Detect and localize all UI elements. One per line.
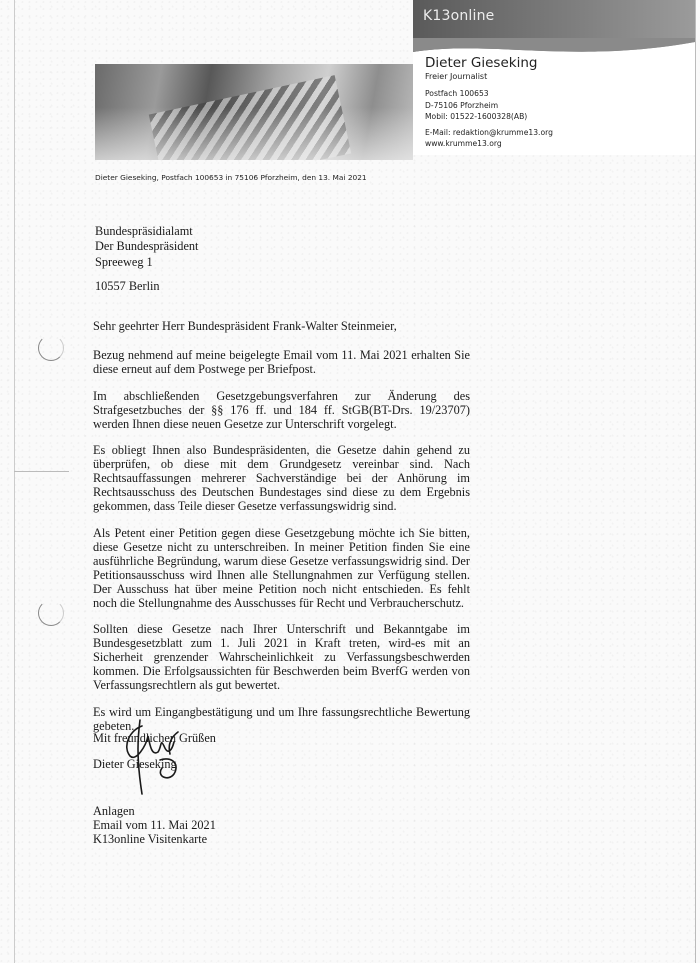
letter-body: Sehr geehrter Herr Bundespräsident Frank… bbox=[93, 320, 470, 747]
card-phone: Mobil: 01522-1600328(AB) bbox=[425, 111, 553, 123]
enclosures-title: Anlagen bbox=[93, 804, 216, 818]
salutation: Sehr geehrter Herr Bundespräsident Frank… bbox=[93, 320, 470, 334]
recipient-line: Spreeweg 1 bbox=[95, 255, 198, 270]
paragraph: Bezug nehmend auf meine beigelegte Email… bbox=[93, 349, 470, 377]
paragraph: Im abschließenden Gesetzgebungsverfahren… bbox=[93, 390, 470, 432]
paragraph: Es obliegt Ihnen also Bundespräsidenten,… bbox=[93, 444, 470, 514]
card-brand: K13online bbox=[423, 8, 495, 24]
card-website: www.krumme13.org bbox=[425, 138, 553, 150]
paragraph: Als Petent einer Petition gegen diese Ge… bbox=[93, 527, 470, 610]
sender-return-line: Dieter Gieseking, Postfach 100653 in 751… bbox=[95, 173, 367, 182]
card-postal-line: Postfach 100653 bbox=[425, 88, 553, 100]
enclosure-item: Email vom 11. Mai 2021 bbox=[93, 818, 216, 832]
business-card: K13online Dieter Gieseking Freier Journa… bbox=[413, 0, 695, 155]
scan-edge-line bbox=[695, 0, 696, 963]
handwritten-signature bbox=[112, 716, 192, 796]
scan-margin-line bbox=[14, 0, 15, 963]
punch-hole-top bbox=[38, 335, 64, 361]
recipient-address: Bundespräsidialamt Der Bundespräsident S… bbox=[95, 224, 198, 294]
recipient-line: Der Bundespräsident bbox=[95, 239, 198, 254]
card-role: Freier Journalist bbox=[425, 71, 553, 82]
fold-mark bbox=[14, 471, 69, 472]
recipient-line: Bundespräsidialamt bbox=[95, 224, 198, 239]
card-email: E-Mail: redaktion@krumme13.org bbox=[425, 127, 553, 139]
card-name: Dieter Gieseking bbox=[425, 56, 553, 71]
letterhead-stairs-image bbox=[95, 64, 413, 160]
recipient-city: 10557 Berlin bbox=[95, 279, 198, 294]
card-postal-line: D-75106 Pforzheim bbox=[425, 100, 553, 112]
punch-hole-bottom bbox=[38, 600, 64, 626]
paragraph: Sollten diese Gesetze nach Ihrer Untersc… bbox=[93, 623, 470, 693]
enclosure-item: K13online Visitenkarte bbox=[93, 832, 216, 846]
